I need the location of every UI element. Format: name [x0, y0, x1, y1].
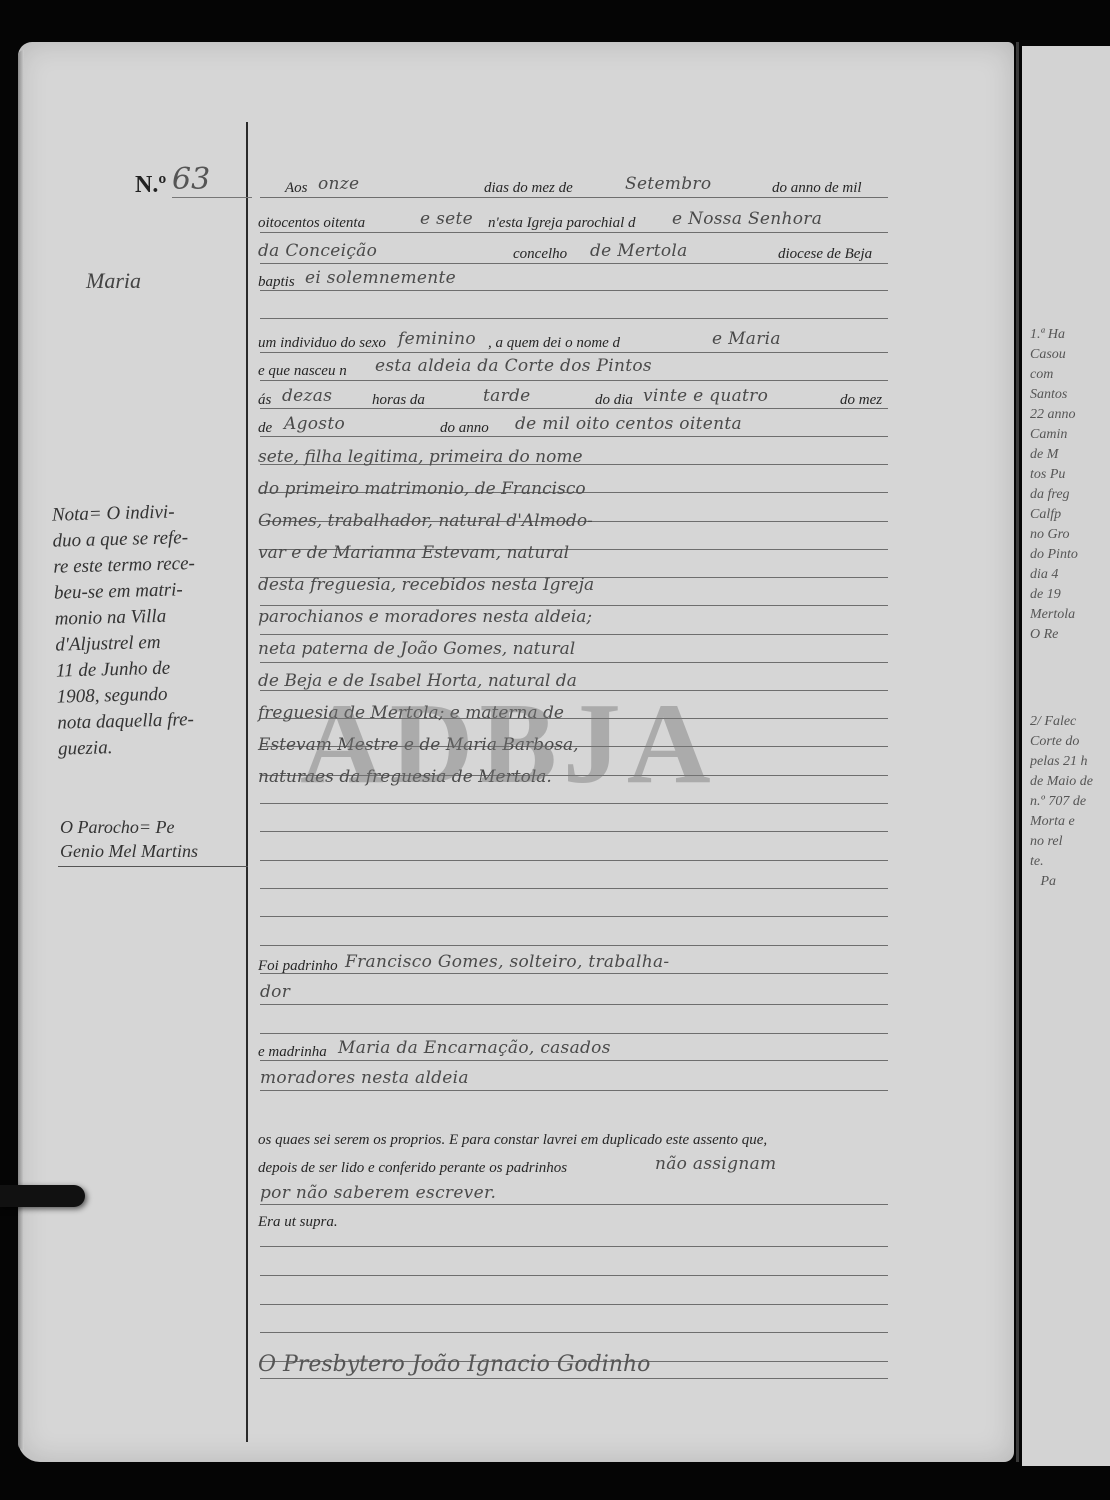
ruled-line	[260, 1060, 888, 1061]
margin-note-line: guezia.	[58, 731, 259, 762]
body-line: sete, filha legitima, primeira do nome	[258, 441, 886, 473]
closing-text: Era ut supra.	[258, 1214, 338, 1231]
binding-clip	[0, 1185, 85, 1207]
margin-note-rule	[58, 866, 248, 867]
handwritten-day: onze	[318, 174, 359, 194]
ruled-line	[260, 1033, 888, 1034]
printed-text: Aos	[285, 180, 308, 197]
ruled-line	[260, 916, 888, 917]
handwritten-name: e Maria	[712, 329, 781, 349]
body-line: desta freguesia, recebidos nesta Igreja	[258, 569, 886, 601]
closing-text: os quaes sei serem os proprios. E para c…	[258, 1132, 767, 1149]
printed-text: horas da	[372, 392, 425, 409]
closing-hand: por não saberem escrever.	[260, 1183, 496, 1203]
handwritten-baptism: ei solemnemente	[305, 268, 456, 288]
ruled-line	[260, 1332, 888, 1333]
ruled-line	[260, 945, 888, 946]
archive-watermark: ADBJA	[300, 678, 717, 811]
printed-text: , a quem dei o nome d	[488, 335, 620, 352]
printed-text: um individuo do sexo	[258, 335, 386, 352]
handwritten-parish: e Nossa Senhora	[672, 209, 822, 229]
ruled-line	[260, 1275, 888, 1276]
adjacent-page-note: 1.ª Ha Casou com Santos 22 anno Camin de…	[1030, 325, 1110, 645]
closing-text: depois de ser lido e conferido perante o…	[258, 1160, 567, 1177]
printed-text: e que nasceu n	[258, 363, 347, 380]
ruled-line	[260, 197, 888, 198]
handwritten-month: Setembro	[625, 174, 711, 194]
margin-note: Nota= O indivi- duo a que se refe- re es…	[52, 497, 259, 762]
handwritten-municipality: de Mertola	[590, 241, 688, 261]
printed-text: do dia	[595, 392, 633, 409]
madrinha-label: e madrinha	[258, 1044, 327, 1061]
entry-number-label: N.º	[135, 172, 166, 199]
ruled-line	[260, 408, 888, 409]
printed-text: baptis	[258, 274, 295, 291]
ruled-line	[260, 1246, 888, 1247]
ruled-line	[260, 290, 888, 291]
closing-hand: não assignam	[655, 1154, 776, 1174]
ruled-line	[260, 1304, 888, 1305]
margin-child-name: Maria	[86, 268, 141, 294]
body-line: parochianos e moradores nesta aldeia;	[258, 601, 886, 633]
printed-text: do anno	[440, 420, 489, 437]
body-line: do primeiro matrimonio, de Francisco	[258, 473, 886, 505]
ruled-line	[260, 860, 888, 861]
priest-signature: O Presbytero João Ignacio Godinho	[258, 1352, 650, 1377]
ruled-line	[260, 1378, 888, 1379]
printed-text: n'esta Igreja parochial d	[488, 215, 636, 232]
book-spine	[1016, 42, 1019, 1462]
handwritten-parish-cont: da Conceição	[258, 241, 377, 261]
page-edge	[18, 50, 24, 1450]
printed-text: ás	[258, 392, 271, 409]
ruled-line	[260, 318, 888, 319]
handwritten-period: tarde	[483, 386, 531, 406]
ruled-line	[260, 973, 888, 974]
margin-rule	[246, 122, 248, 1442]
entry-number: 63	[172, 162, 252, 198]
adjacent-page-note: 2/ Falec Corte do pelas 21 h de Maio de …	[1030, 712, 1110, 892]
ruled-line	[260, 1004, 888, 1005]
printed-text: dias do mez de	[484, 180, 573, 197]
printed-text: do anno de mil	[772, 180, 862, 197]
printed-text: de	[258, 420, 272, 437]
handwritten-birthplace: esta aldeia da Corte dos Pintos	[375, 356, 652, 376]
handwritten-sex: feminino	[398, 329, 476, 349]
signature-line: Genio Mel Martins	[60, 839, 260, 863]
handwritten-year: e sete	[420, 209, 473, 229]
ruled-line	[260, 1090, 888, 1091]
ruled-line	[260, 380, 888, 381]
ruled-line	[260, 263, 888, 264]
ruled-line	[260, 232, 888, 233]
margin-note-signature: O Parocho= Pe Genio Mel Martins	[60, 815, 260, 863]
body-line: neta paterna de João Gomes, natural	[258, 633, 886, 665]
ruled-line	[260, 888, 888, 889]
printed-text: diocese de Beja	[778, 246, 872, 263]
body-line: Gomes, trabalhador, natural d'Almodo-	[258, 505, 886, 537]
ruled-line	[260, 436, 888, 437]
madrinha-value-cont: moradores nesta aldeia	[260, 1068, 469, 1088]
handwritten-birth-day: vinte e quatro	[643, 386, 768, 406]
ruled-line	[260, 831, 888, 832]
handwritten-hour: dezas	[282, 386, 332, 406]
printed-text: do mez	[840, 392, 882, 409]
handwritten-birth-month: Agosto	[284, 414, 345, 434]
signature-line: O Parocho= Pe	[60, 815, 260, 839]
handwritten-birth-year: de mil oito centos oitenta	[515, 414, 742, 434]
ruled-line	[260, 1204, 888, 1205]
madrinha-value: Maria da Encarnação, casados	[338, 1038, 611, 1058]
padrinho-label: Foi padrinho	[258, 958, 338, 975]
printed-text: oitocentos oitenta	[258, 215, 365, 232]
ruled-line	[260, 352, 888, 353]
padrinho-value-cont: dor	[260, 982, 290, 1002]
printed-text: concelho	[513, 246, 567, 263]
body-line: var e de Marianna Estevam, natural	[258, 537, 886, 569]
padrinho-value: Francisco Gomes, solteiro, trabalha-	[345, 952, 669, 972]
